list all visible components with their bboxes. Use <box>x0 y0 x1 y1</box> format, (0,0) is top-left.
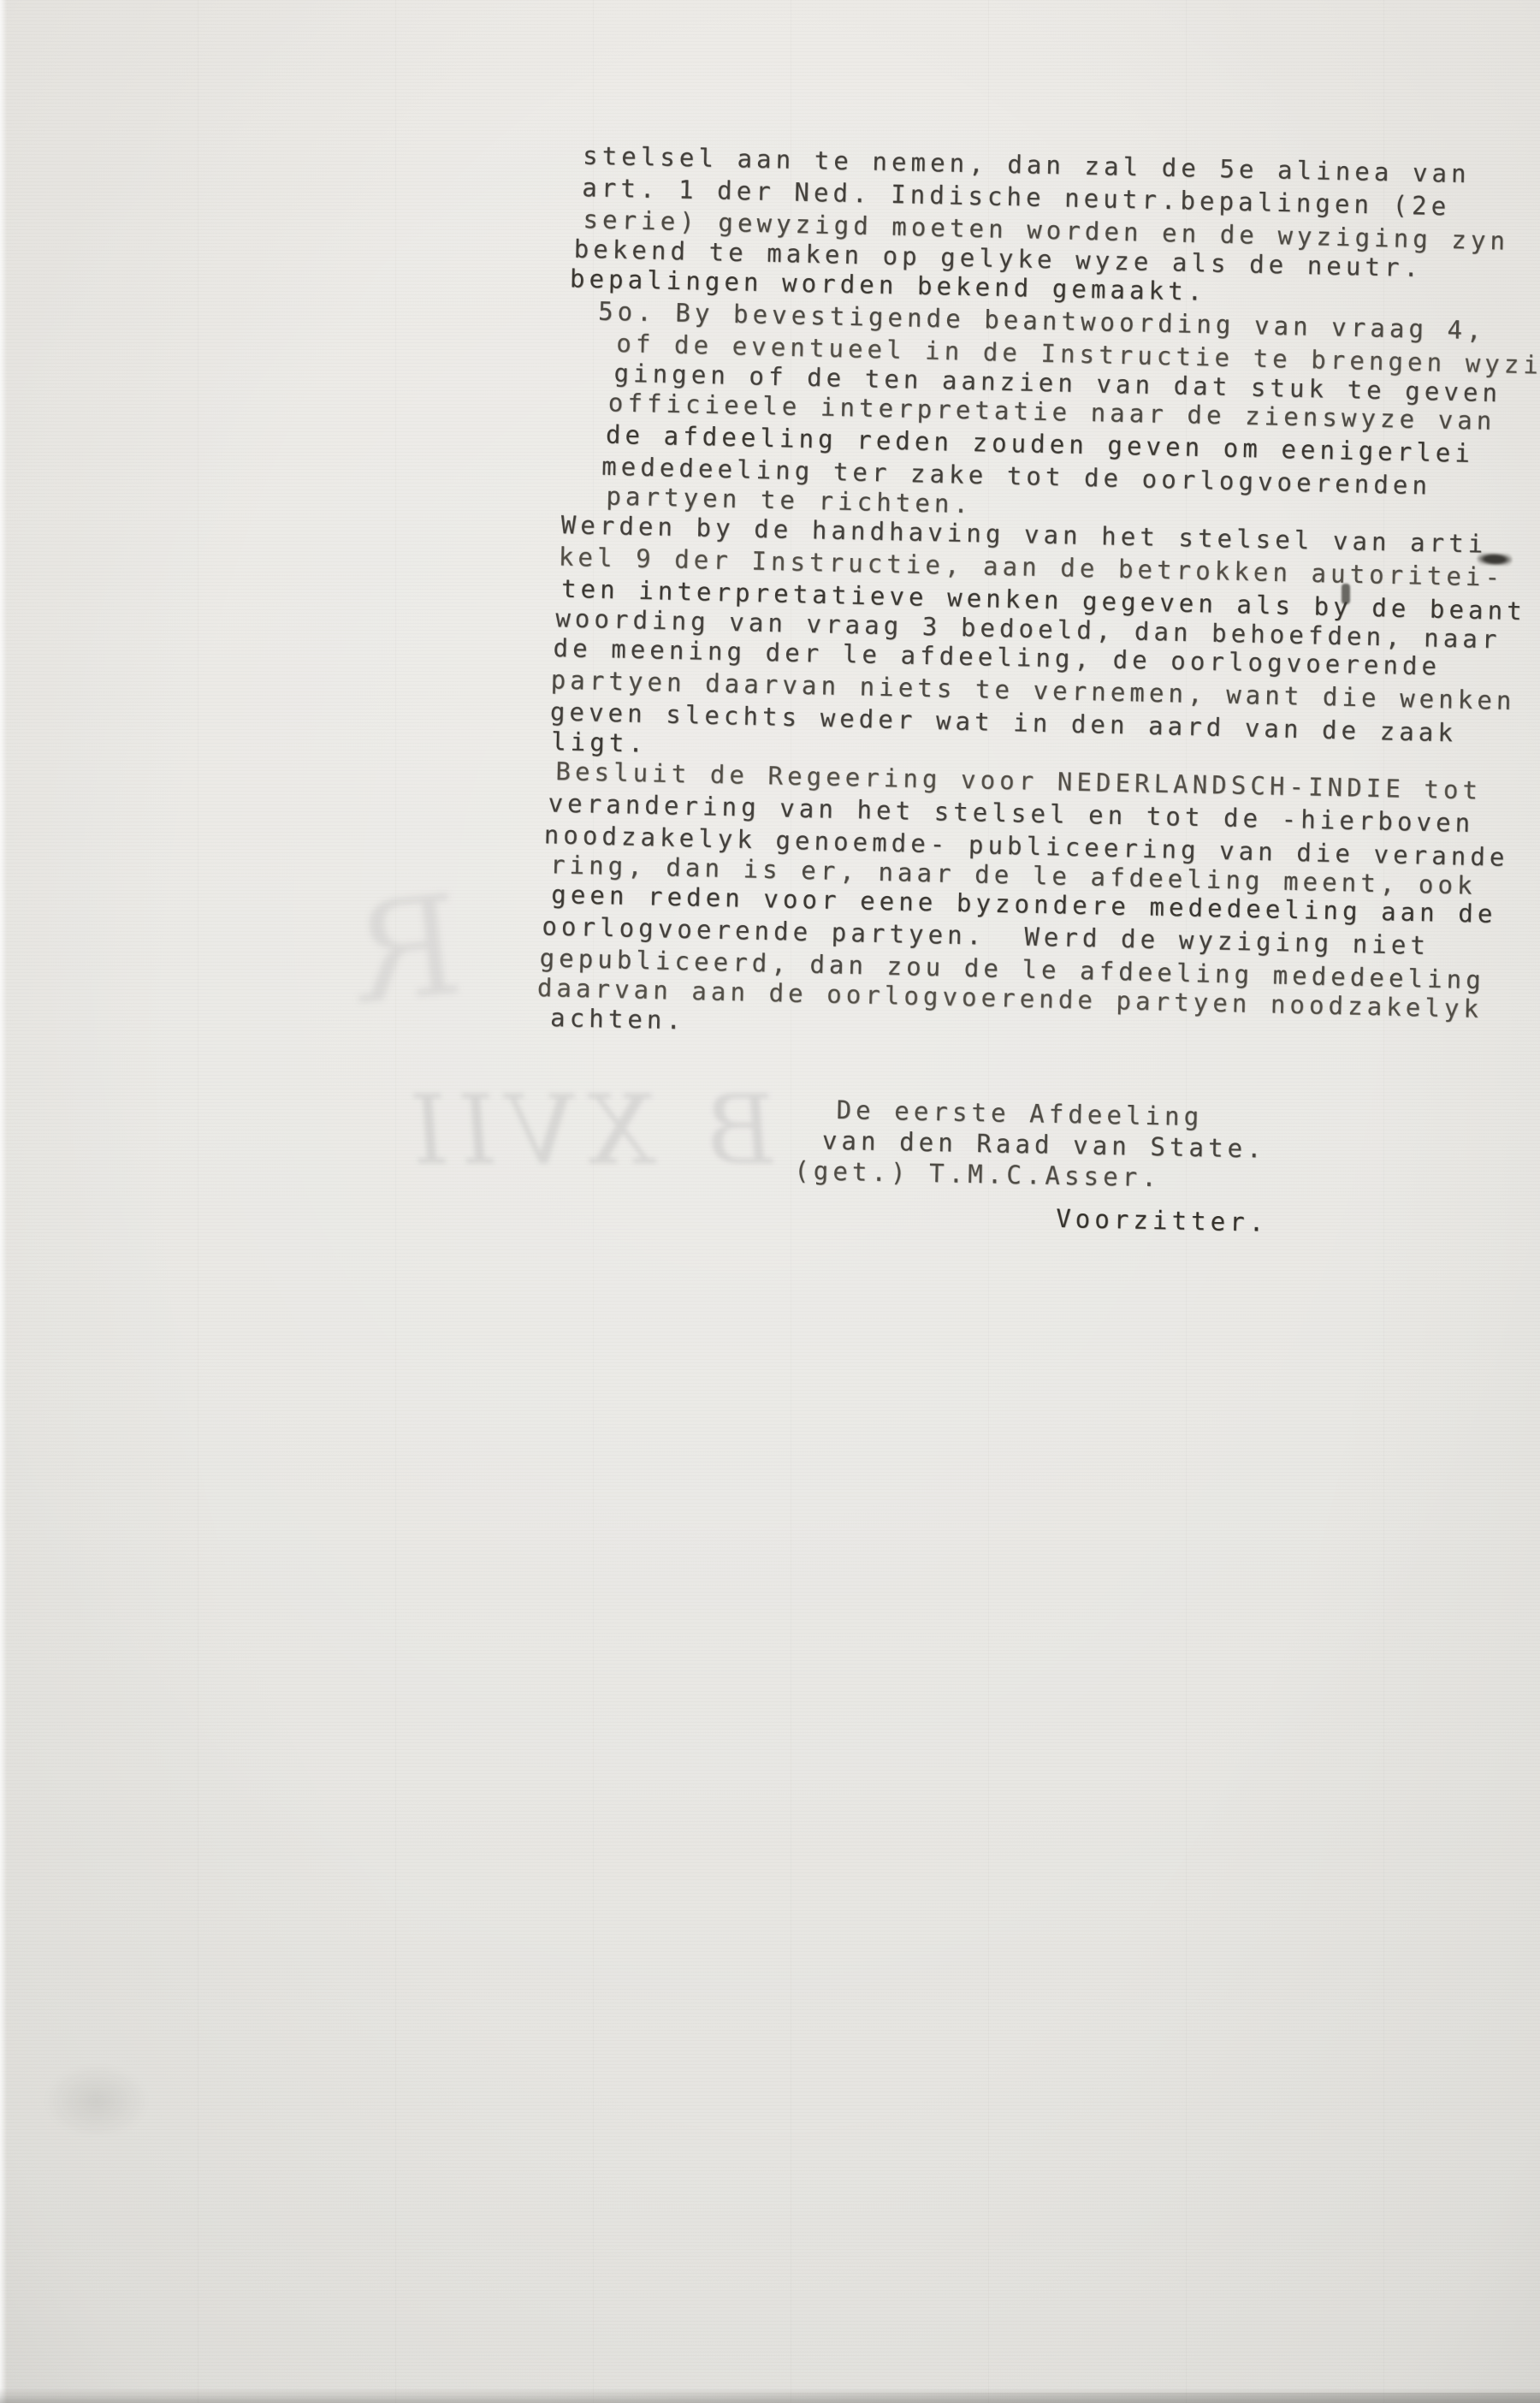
signature-block: De eerste Afdeeling van den Raad van Sta… <box>793 1094 1270 1238</box>
paper-smudge <box>24 2050 169 2152</box>
ink-overstrike-mark-small <box>1342 584 1350 604</box>
ink-overstrike-mark <box>1477 552 1513 566</box>
signature-title-line: Voorzitter. <box>1056 1203 1269 1238</box>
bleedthrough-ghost-mark: R <box>350 864 469 1035</box>
bleedthrough-ghost-text: B XVII <box>396 1075 779 1186</box>
scan-edge-left <box>0 0 7 2403</box>
typed-text-body: stelsel aan te nemen, dan zal de 5e alin… <box>545 140 1540 1055</box>
scanned-document-page: R B XVII stelsel aan te nemen, dan zal d… <box>0 0 1540 2403</box>
scan-edge-bottom-right <box>539 2393 1540 2403</box>
